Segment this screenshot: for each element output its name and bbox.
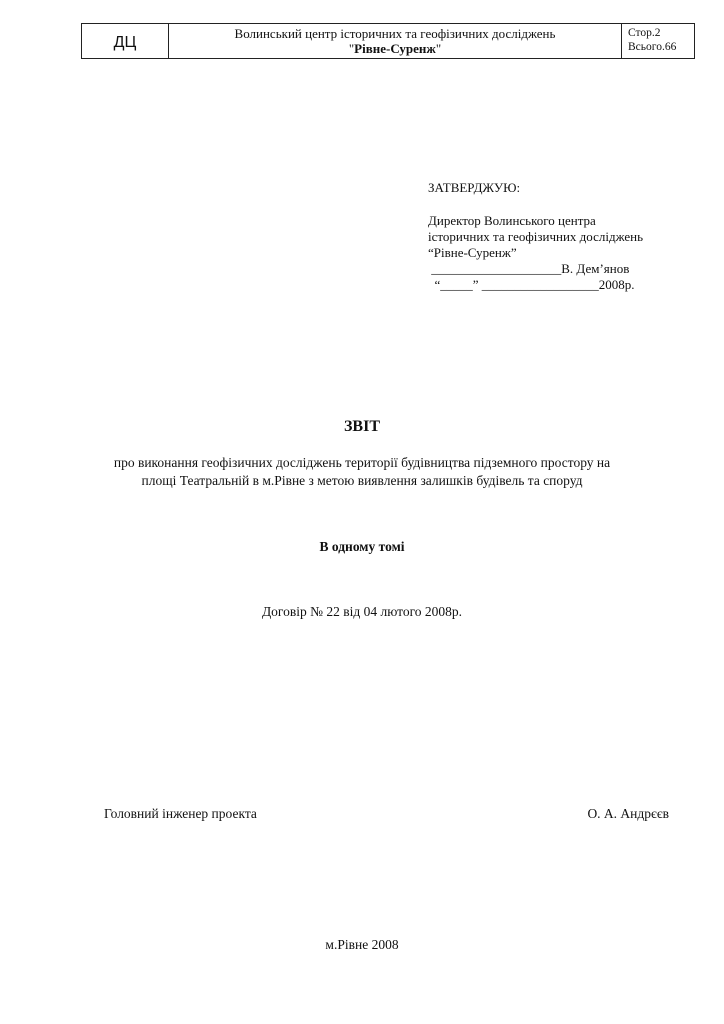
organization-title: Волинський центр історичних та геофізичн… (169, 24, 622, 58)
report-subject-line: про виконання геофізичних досліджень тер… (0, 454, 724, 472)
report-title: ЗВІТ (0, 418, 724, 436)
organization-name: Рівне-Суренж (354, 41, 436, 56)
approval-line: історичних та геофізичних досліджень (428, 229, 643, 245)
report-volume: В одному томі (0, 539, 724, 555)
document-header: ДЦ Волинський центр історичних та геофіз… (81, 23, 695, 59)
organization-line2: "Рівне-Суренж" (169, 41, 621, 56)
approval-date-line: “_____” __________________2008р. (428, 277, 643, 293)
approval-heading: ЗАТВЕРДЖУЮ: (428, 180, 643, 196)
approval-line: Директор Волинського центра (428, 213, 643, 229)
signatory-name: О. А. Андрєєв (587, 806, 669, 822)
approval-block: ЗАТВЕРДЖУЮ: Директор Волинського центра … (428, 180, 643, 293)
page-info: Стор.2 Всього.66 (622, 24, 694, 58)
place-and-year: м.Рівне 2008 (0, 937, 724, 953)
organization-line1: Волинський центр історичних та геофізичн… (169, 26, 621, 41)
report-subject-line: площі Театральній в м.Рівне з метою вияв… (0, 472, 724, 490)
signatory-position: Головний інженер проекта (104, 806, 257, 822)
contract-reference: Договір № 22 від 04 лютого 2008р. (0, 604, 724, 620)
approval-signature-line: ____________________В. Дем’янов (428, 261, 643, 277)
page-number: Стор.2 (628, 26, 694, 40)
quote-close: " (436, 41, 441, 56)
page-total: Всього.66 (628, 40, 694, 54)
approval-line: “Рівне-Суренж” (428, 245, 643, 261)
document-code: ДЦ (82, 24, 169, 58)
report-subject: про виконання геофізичних досліджень тер… (0, 454, 724, 490)
